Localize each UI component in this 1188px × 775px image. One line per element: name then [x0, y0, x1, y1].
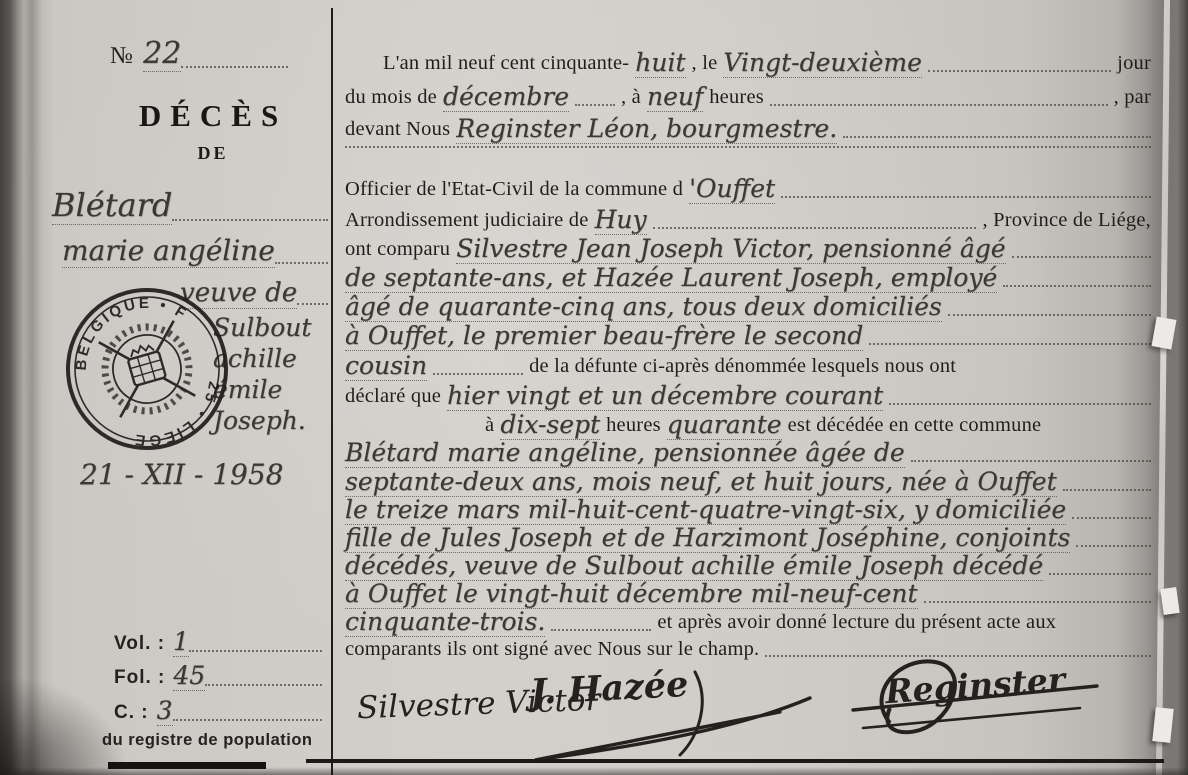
document-subtitle: DE: [50, 143, 332, 164]
act-line-blank-rule: [345, 146, 1157, 152]
deceased-firstnames: marie angéline: [62, 234, 275, 268]
printed-text: de la défunte ci-après dénommée lesquels…: [529, 355, 956, 378]
act-line-witness-1: ont comparu Silvestre Jean Joseph Victor…: [345, 232, 1157, 262]
act-line-deceased-1: Blétard marie angéline, pensionnée âgée …: [345, 436, 1157, 466]
bottom-border-right-segment: [306, 759, 1164, 763]
signature-hazee: J. Hazée: [529, 664, 689, 713]
handwritten-relation: cousin: [345, 351, 427, 381]
margin-date-annotation: 21 - XII - 1958: [80, 458, 283, 491]
act-number-value: 22: [143, 36, 181, 72]
handwritten-commune: 'Ouffet: [689, 174, 775, 204]
act-number-label: №: [110, 43, 133, 70]
dotted-rule: [551, 629, 651, 631]
printed-text: est décédée en cette commune: [788, 414, 1042, 437]
dotted-rule: [653, 227, 977, 229]
act-line-commune: Officier de l'Etat-Civil de la commune d…: [345, 172, 1157, 202]
handwritten-witness-1: Silvestre Jean Joseph Victor, pensionné …: [456, 234, 1005, 264]
volume-row: Vol. : 1: [114, 626, 322, 656]
act-line-relation: cousin de la défunte ci-après dénommée l…: [345, 349, 1157, 379]
printed-text: ont comparu: [345, 238, 450, 261]
act-line-witness-3: âgé de quarante-cinq ans, tous deux domi…: [345, 290, 1157, 320]
act-line-witness-4: à Ouffet, le premier beau-frère le secon…: [345, 319, 1157, 349]
dotted-rule: [928, 70, 1111, 72]
dotted-rule: [843, 136, 1151, 138]
dotted-rule: [911, 460, 1151, 462]
handwritten-witness-3: âgé de quarante-cinq ans, tous deux domi…: [345, 292, 942, 322]
deceased-surname-row: Blétard: [52, 186, 328, 225]
handwritten-officer-name: Reginster Léon, bourgmestre.: [456, 114, 837, 144]
dotted-rule: [275, 262, 328, 264]
handwritten-declaration-date: hier vingt et un décembre courant: [447, 381, 883, 411]
act-line-deceased-3: le treize mars mil-huit-cent-quatre-ving…: [345, 493, 1157, 523]
case-value: 3: [157, 696, 173, 726]
dotted-rule: [1072, 517, 1151, 519]
dotted-rule: [297, 303, 328, 305]
printed-text: heures: [709, 86, 764, 109]
act-line-year: L'an mil neuf cent cinquante- huit , le …: [345, 46, 1157, 76]
printed-text: devant Nous: [345, 118, 450, 141]
dotted-rule: [1003, 285, 1151, 287]
dotted-rule: [172, 219, 328, 221]
printed-text: et après avoir donné lecture du présent …: [657, 611, 1056, 634]
dotted-rule: [433, 373, 523, 375]
printed-text: L'an mil neuf cent cinquante-: [383, 52, 629, 75]
dotted-rule: [1049, 573, 1151, 575]
handwritten-month: décembre: [443, 82, 569, 112]
signatures-area: Silvestre Victor J. Hazée Reginster: [345, 660, 1160, 770]
act-line-month-hour: du mois de décembre , à neuf heures , pa…: [345, 80, 1157, 110]
deceased-surname: Blétard: [52, 186, 172, 225]
printed-text: déclaré que: [345, 385, 441, 408]
act-line-husband-death: à Ouffet le vingt-huit décembre mil-neuf…: [345, 577, 1157, 607]
printed-text: Officier de l'Etat-Civil de la commune d: [345, 178, 683, 201]
printed-text: comparants ils ont signé avec Nous sur l…: [345, 638, 759, 661]
printed-text: Arrondissement judiciaire de: [345, 209, 589, 232]
handwritten-witness-2: de septante-ans, et Hazée Laurent Joseph…: [345, 263, 997, 293]
printed-text: , à: [621, 86, 641, 109]
deceased-firstnames-row: marie angéline: [62, 234, 328, 268]
printed-text: heures: [606, 414, 661, 437]
bottom-edge-shadow: [0, 767, 1188, 775]
dotted-rule: [189, 650, 322, 652]
handwritten-deceased-1: Blétard marie angéline, pensionnée âgée …: [345, 438, 905, 468]
binding-corner-shadow: [0, 675, 130, 775]
folio-value: 45: [173, 661, 205, 691]
paper-tear-notch: [1152, 707, 1173, 743]
volume-value: 1: [173, 627, 189, 657]
dotted-rule: [781, 196, 1151, 198]
printed-text: , le: [692, 52, 718, 75]
act-line-closing-1: cinquante-trois. et après avoir donné le…: [345, 605, 1157, 635]
handwritten-year: huit: [635, 48, 685, 78]
act-line-witness-2: de septante-ans, et Hazée Laurent Joseph…: [345, 261, 1157, 291]
act-line-arrondissement: Arrondissement judiciaire de Huy , Provi…: [345, 203, 1157, 233]
dotted-rule: [770, 104, 1108, 106]
act-line-declaration-date: déclaré que hier vingt et un décembre co…: [345, 379, 1157, 409]
act-line-deceased-2: septante-deux ans, mois neuf, et huit jo…: [345, 465, 1157, 495]
volume-label: Vol. :: [114, 633, 165, 655]
dotted-rule: [1076, 545, 1151, 547]
handwritten-day-ordinal: Vingt-deuxième: [723, 48, 922, 78]
margin-date-row: 21 - XII - 1958: [80, 458, 283, 491]
printed-text: , Province de Liége,: [982, 209, 1151, 232]
act-line-widowhood: décédés, veuve de Sulbout achille émile …: [345, 549, 1157, 579]
document-title: DÉCÈS: [50, 98, 332, 134]
case-row: C. : 3: [114, 695, 322, 725]
dotted-rule: [575, 104, 615, 106]
printed-text: du mois de: [345, 86, 437, 109]
printed-text: à: [485, 414, 494, 437]
paper-tear-notch: [1160, 587, 1179, 615]
dotted-rule: [1012, 256, 1151, 258]
folio-row: Fol. : 45: [114, 660, 322, 690]
column-divider-rule: [331, 8, 333, 775]
dotted-rule: [181, 66, 288, 68]
handwritten-arrondissement: Huy: [595, 205, 647, 235]
dotted-rule: [889, 403, 1151, 405]
handwritten-witness-4: à Ouffet, le premier beau-frère le secon…: [345, 321, 863, 351]
dotted-rule: [173, 719, 322, 721]
margin-column: № 22 DÉCÈS DE Blétard marie angéline veu…: [50, 0, 332, 775]
act-number-row: № 22: [110, 36, 288, 72]
dotted-rule: [948, 314, 1151, 316]
dotted-rule: [345, 146, 1151, 148]
dotted-rule: [924, 601, 1152, 603]
act-line-death-hour: à dix-sept heures quarante est décédée e…: [345, 408, 1157, 438]
handwritten-closing: cinquante-trois.: [345, 607, 545, 637]
act-line-officer: devant Nous Reginster Léon, bourgmestre.: [345, 112, 1157, 142]
dotted-rule: [869, 343, 1151, 345]
act-line-parents: fille de Jules Joseph et de Harzimont Jo…: [345, 521, 1157, 551]
handwritten-hour: neuf: [647, 82, 703, 112]
dotted-rule: [205, 684, 322, 686]
dotted-rule: [1063, 489, 1151, 491]
death-certificate-scan: № 22 DÉCÈS DE Blétard marie angéline veu…: [0, 0, 1188, 775]
register-note: du registre de population: [102, 731, 313, 750]
